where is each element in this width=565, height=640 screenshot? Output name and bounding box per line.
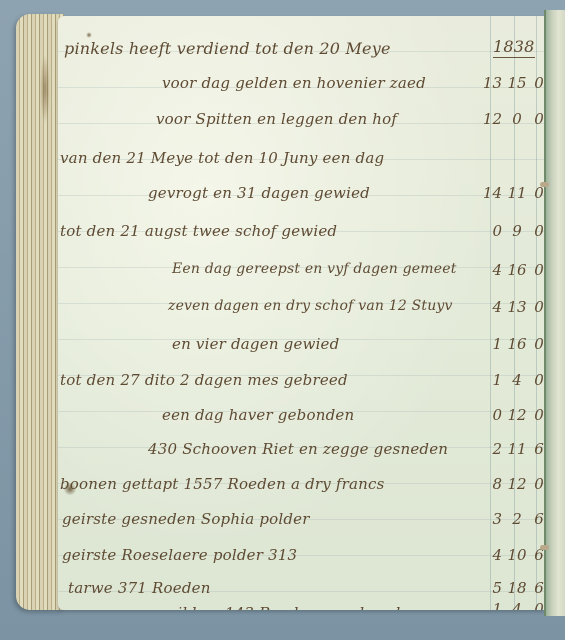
ledger-year: 1838 [493, 37, 535, 58]
amount-pennies: 0 [532, 600, 544, 610]
amount-guilders: 1 [476, 371, 502, 389]
amount-pennies: 0 [532, 335, 544, 353]
entry-text: gevrogt en 31 dagen gewied [148, 184, 370, 202]
entry-text: tot den 27 dito 2 dagen mes gebreed [60, 371, 348, 389]
amount-pennies: 0 [532, 261, 544, 279]
entry-text: voor pikken 143 Roeden vogelzaed [128, 604, 400, 610]
entry-amount: 4 13 0 [476, 298, 544, 316]
amount-stivers: 16 [505, 335, 529, 353]
entry-text: 430 Schooven Riet en zegge gesneden [148, 440, 448, 458]
amount-guilders: 8 [476, 475, 502, 493]
entry-amount: 0 9 0 [476, 222, 544, 240]
entry-amount: 4 10 6 [476, 546, 544, 564]
entry-text: voor Spitten en leggen den hof [156, 110, 397, 128]
entry-text: geirste Roeselaere polder 313 [62, 546, 297, 564]
entry-amount: 4 16 0 [476, 261, 544, 279]
entry-amount: 12 0 0 [476, 110, 544, 128]
binding-thread [540, 182, 549, 187]
ink-stain [64, 482, 76, 496]
amount-pennies: 6 [532, 510, 544, 528]
amount-pennies: 6 [532, 579, 544, 597]
amount-pennies: 0 [532, 371, 544, 389]
amount-stivers: 2 [505, 510, 529, 528]
amount-stivers: 11 [505, 184, 529, 202]
amount-guilders: 0 [476, 406, 502, 424]
ledger-heading: pinkels heeft verdiend tot den 20 Meye [64, 39, 391, 58]
amount-pennies: 0 [532, 74, 544, 92]
amount-stivers: 4 [505, 600, 529, 610]
amount-guilders: 1 [476, 335, 502, 353]
entry-amount: 13 15 0 [476, 74, 544, 92]
amount-pennies: 0 [532, 475, 544, 493]
amount-guilders: 2 [476, 440, 502, 458]
amount-stivers: 9 [505, 222, 529, 240]
entry-text: een dag haver gebonden [162, 406, 354, 424]
binding-thread [540, 545, 549, 550]
entry-amount: 5 18 6 [476, 579, 544, 597]
entry-amount: 0 12 0 [476, 406, 544, 424]
amount-stivers: 4 [505, 371, 529, 389]
entry-text: boonen gettapt 1557 Roeden a dry francs [60, 475, 385, 493]
amount-stivers: 12 [505, 406, 529, 424]
binding-gutter [544, 10, 565, 616]
amount-stivers: 18 [505, 579, 529, 597]
entry-text: en vier dagen gewied [172, 335, 339, 353]
entry-amount: 1 16 0 [476, 335, 544, 353]
amount-pennies: 6 [532, 440, 544, 458]
amount-guilders: 3 [476, 510, 502, 528]
amount-guilders: 13 [476, 74, 502, 92]
ledger-page: pinkels heeft verdiend tot den 20 Meye 1… [58, 16, 544, 610]
amount-stivers: 15 [505, 74, 529, 92]
amount-guilders: 4 [476, 298, 502, 316]
amount-guilders: 4 [476, 261, 502, 279]
amount-stivers: 11 [505, 440, 529, 458]
amount-stivers: 16 [505, 261, 529, 279]
entry-amount: 1 4 0 [476, 600, 544, 610]
page-edges [16, 14, 64, 610]
entry-text: voor dag gelden en hovenier zaed [162, 74, 426, 92]
entry-amount: 3 2 6 [476, 510, 544, 528]
amount-guilders: 4 [476, 546, 502, 564]
entry-text: tarwe 371 Roeden [68, 579, 211, 597]
entry-text: Een dag gereepst en vyf dagen gemeet [172, 261, 457, 277]
entry-text: van den 21 Meye tot den 10 Juny een dag [60, 149, 384, 167]
entry-amount: 14 11 0 [476, 184, 544, 202]
amount-guilders: 14 [476, 184, 502, 202]
entry-text: geirste gesneden Sophia polder [62, 510, 310, 528]
amount-stivers: 0 [505, 110, 529, 128]
amount-stivers: 10 [505, 546, 529, 564]
amount-pennies: 0 [532, 298, 544, 316]
ink-stain [86, 32, 92, 38]
entry-text: zeven dagen en dry schof van 12 Stuyv [168, 298, 453, 314]
amount-pennies: 0 [532, 406, 544, 424]
amount-stivers: 12 [505, 475, 529, 493]
amount-guilders: 5 [476, 579, 502, 597]
amount-pennies: 0 [532, 110, 544, 128]
entry-text: tot den 21 augst twee schof gewied [60, 222, 337, 240]
amount-guilders: 0 [476, 222, 502, 240]
entry-amount: 1 4 0 [476, 371, 544, 389]
amount-stivers: 13 [505, 298, 529, 316]
amount-guilders: 1 [476, 600, 502, 610]
amount-guilders: 12 [476, 110, 502, 128]
entry-amount: 8 12 0 [476, 475, 544, 493]
amount-pennies: 0 [532, 222, 544, 240]
entry-amount: 2 11 6 [476, 440, 544, 458]
